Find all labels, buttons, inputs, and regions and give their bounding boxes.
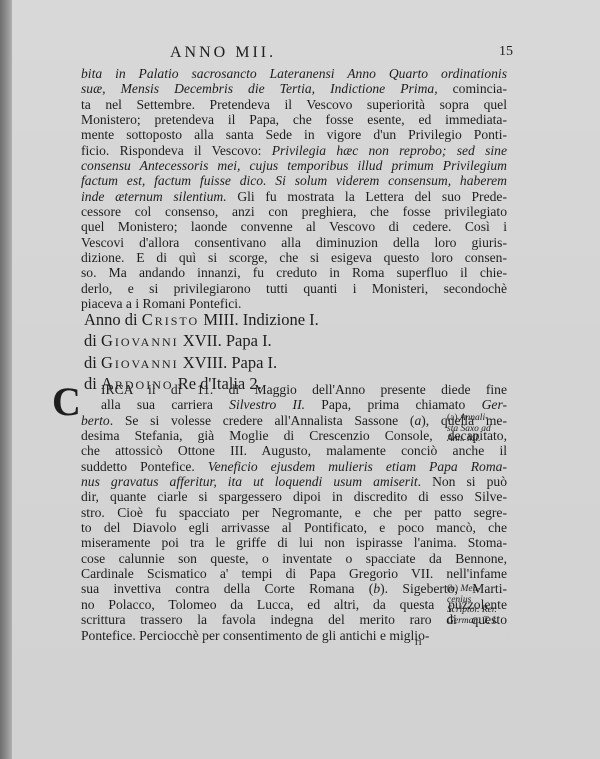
text-line: dizione. E di quì si scorge, che si esig… — [81, 250, 507, 265]
text-line: suddetto Pontefice. Veneficio ejusdem mu… — [81, 459, 507, 474]
text-line: desima Stefania, già Moglie di Crescenzi… — [81, 428, 507, 443]
margin-note-line: Ann. MI. — [447, 434, 517, 445]
text-line: sua invettiva contra della Corte Romana … — [81, 581, 507, 596]
text-line: ficio. Rispondeva il Vescovo: Privilegia… — [81, 143, 507, 158]
text-line: so. Ma andando innanzi, fu creduto in Ro… — [81, 265, 507, 280]
text-line: consensu Antecessoris mei, cujus tempori… — [81, 158, 507, 173]
year-heading-line: di Giovanni XVIII. Papa I. — [84, 352, 319, 373]
text-line: no Polacco, Tolomeo da Lucca, ed altri, … — [81, 597, 507, 612]
text-line: scrittura trassero la favola indegna del… — [81, 612, 507, 627]
text-line: Cardinale Scismatico a' tempi di Papa Gr… — [81, 566, 507, 581]
text-line: dir, quante ciarle si spargessero dipoi … — [81, 489, 507, 504]
paragraph-2: IRCA il dì 11. di Maggio dell'Anno prese… — [81, 382, 507, 643]
text-line: berto. Se si volesse credere all'Annalis… — [81, 413, 507, 428]
text-line: stro. Cioè fu spacciato per Negromante, … — [81, 505, 507, 520]
text-line: inde æternum silentium. Gli fu mostrata … — [81, 189, 507, 204]
year-heading-line: di Giovanni XVII. Papa I. — [84, 330, 319, 351]
text-line: mente sottoposto alla santa Sede in vigo… — [81, 127, 507, 142]
margin-note-line: Scriptor. Rer. — [447, 605, 517, 616]
text-line: quel Monistero; laonde convenne al Vesco… — [81, 219, 507, 234]
text-line: derlo, e si privilegiarono tutti quanti … — [81, 281, 507, 296]
text-line: nus gravatus afferitur, ita ut loquendi … — [81, 474, 507, 489]
text-line: ta nel Settembre. Pretendeva il Vescovo … — [81, 97, 507, 112]
year-heading-line: Anno di Cristo MIII. Indizione I. — [84, 309, 319, 330]
text-line: Pontefice. Perciocchè per consentimento … — [81, 628, 507, 643]
margin-note-line: sta Saxo ad — [447, 424, 517, 435]
text-line: cessore col consenso, anzi con preghiera… — [81, 204, 507, 219]
paragraph-1: bita in Palatio sacrosancto Lateranensi … — [81, 66, 507, 312]
running-head: ANNO MII. — [170, 44, 276, 62]
text-line: Monistero; pretendeva il Papa, che fosse… — [81, 112, 507, 127]
margin-note-b: (b) Men-ceniusScriptor. Rer.German. T. I… — [447, 584, 517, 626]
binding-edge — [0, 0, 12, 759]
text-line: cose calunnie son queste, o inventate o … — [81, 551, 507, 566]
margin-note-line: German. T. I. — [447, 616, 517, 627]
text-line: factum est, factum fuisse dico. Si solum… — [81, 173, 507, 188]
margin-note-line: (a) Annali- — [447, 413, 517, 424]
text-line: miseramente poi tra le griffe di lui non… — [81, 535, 507, 550]
text-line: alla sua carriera Silvestro II. Papa, pr… — [81, 397, 507, 412]
margin-note-line: cenius — [447, 595, 517, 606]
catchword: ri — [415, 636, 422, 648]
drop-cap: C — [52, 382, 81, 422]
text-line: suæ, Mensis Decembris die Tertia, Indict… — [81, 81, 507, 96]
text-line: che attossicò Ottone III. Augusto, malam… — [81, 443, 507, 458]
margin-note-line: (b) Men- — [447, 584, 517, 595]
margin-note-a: (a) Annali-sta Saxo adAnn. MI. — [447, 413, 517, 445]
text-line: Vescovi d'allora consentivano alla dimin… — [81, 235, 507, 250]
text-line: to del Diavolo egli arrivasse al Pontifi… — [81, 520, 507, 535]
page-number: 15 — [499, 44, 513, 60]
text-line: IRCA il dì 11. di Maggio dell'Anno prese… — [81, 382, 507, 397]
text-line: bita in Palatio sacrosancto Lateranensi … — [81, 66, 507, 81]
